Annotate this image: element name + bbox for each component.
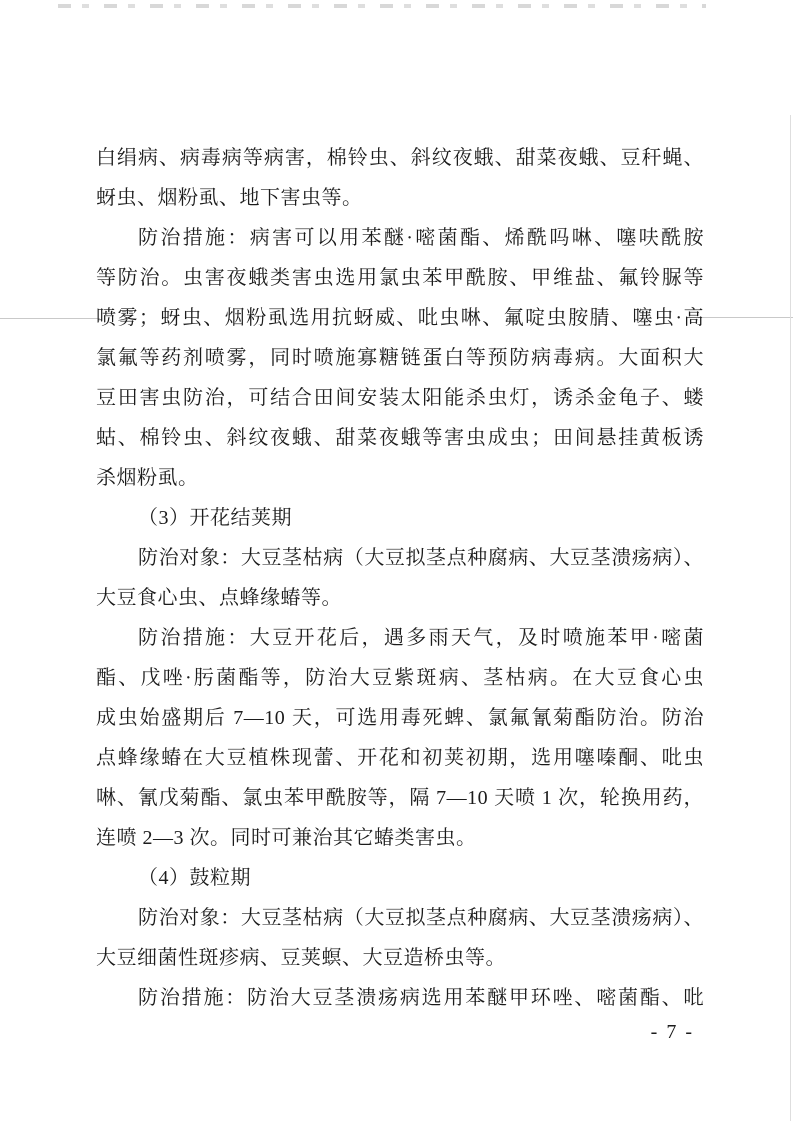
text-line: 防治对象：大豆茎枯病（大豆拟茎点种腐病、大豆茎溃疡病）、 (96, 538, 704, 578)
text-line: （3）开花结荚期 (96, 498, 704, 538)
text-line: 白绢病、病毒病等病害，棉铃虫、斜纹夜蛾、甜菜夜蛾、豆秆蝇、 (96, 138, 704, 178)
text-line: 等防治。虫害夜蛾类害虫选用氯虫苯甲酰胺、甲维盐、氟铃脲等 (96, 258, 704, 298)
text-line: 杀烟粉虱。 (96, 458, 704, 498)
document-page: 白绢病、病毒病等病害，棉铃虫、斜纹夜蛾、甜菜夜蛾、豆秆蝇、蚜虫、烟粉虱、地下害虫… (0, 0, 793, 1121)
text-line: 氯氟等药剂喷雾，同时喷施寡糖链蛋白等预防病毒病。大面积大 (96, 338, 704, 378)
text-line: 大豆食心虫、点蜂缘蝽等。 (96, 578, 704, 618)
fold-line-right (698, 317, 793, 318)
text-line: （4）鼓粒期 (96, 858, 704, 898)
scan-cutoff-artifact (58, 4, 706, 8)
text-line: 蚜虫、烟粉虱、地下害虫等。 (96, 178, 704, 218)
text-line: 喷雾；蚜虫、烟粉虱选用抗蚜威、吡虫啉、氟啶虫胺腈、噻虫·高 (96, 298, 704, 338)
text-line: 酯、戊唑·肟菌酯等，防治大豆紫斑病、茎枯病。在大豆食心虫 (96, 658, 704, 698)
text-line: 防治措施：病害可以用苯醚·嘧菌酯、烯酰吗啉、噻呋酰胺 (96, 218, 704, 258)
text-line: 啉、氰戊菊酯、氯虫苯甲酰胺等，隔 7—10 天喷 1 次，轮换用药， (96, 778, 704, 818)
text-line: 豆田害虫防治，可结合田间安装太阳能杀虫灯，诱杀金龟子、蝼 (96, 378, 704, 418)
page-edge-line (790, 115, 791, 1121)
document-text: 白绢病、病毒病等病害，棉铃虫、斜纹夜蛾、甜菜夜蛾、豆秆蝇、蚜虫、烟粉虱、地下害虫… (96, 138, 704, 1018)
page-number: - 7 - (96, 1021, 694, 1044)
text-line: 防治措施：防治大豆茎溃疡病选用苯醚甲环唑、嘧菌酯、吡 (96, 978, 704, 1018)
text-line: 蛄、棉铃虫、斜纹夜蛾、甜菜夜蛾等害虫成虫；田间悬挂黄板诱 (96, 418, 704, 458)
text-line: 防治对象：大豆茎枯病（大豆拟茎点种腐病、大豆茎溃疡病）、 (96, 898, 704, 938)
fold-line-left (0, 318, 100, 319)
text-line: 成虫始盛期后 7—10 天，可选用毒死蜱、氯氟氰菊酯防治。防治 (96, 698, 704, 738)
text-line: 防治措施：大豆开花后，遇多雨天气，及时喷施苯甲·嘧菌 (96, 618, 704, 658)
text-line: 点蜂缘蝽在大豆植株现蕾、开花和初荚初期，选用噻嗪酮、吡虫 (96, 738, 704, 778)
text-line: 连喷 2—3 次。同时可兼治其它蝽类害虫。 (96, 818, 704, 858)
text-line: 大豆细菌性斑疹病、豆荚螟、大豆造桥虫等。 (96, 938, 704, 978)
